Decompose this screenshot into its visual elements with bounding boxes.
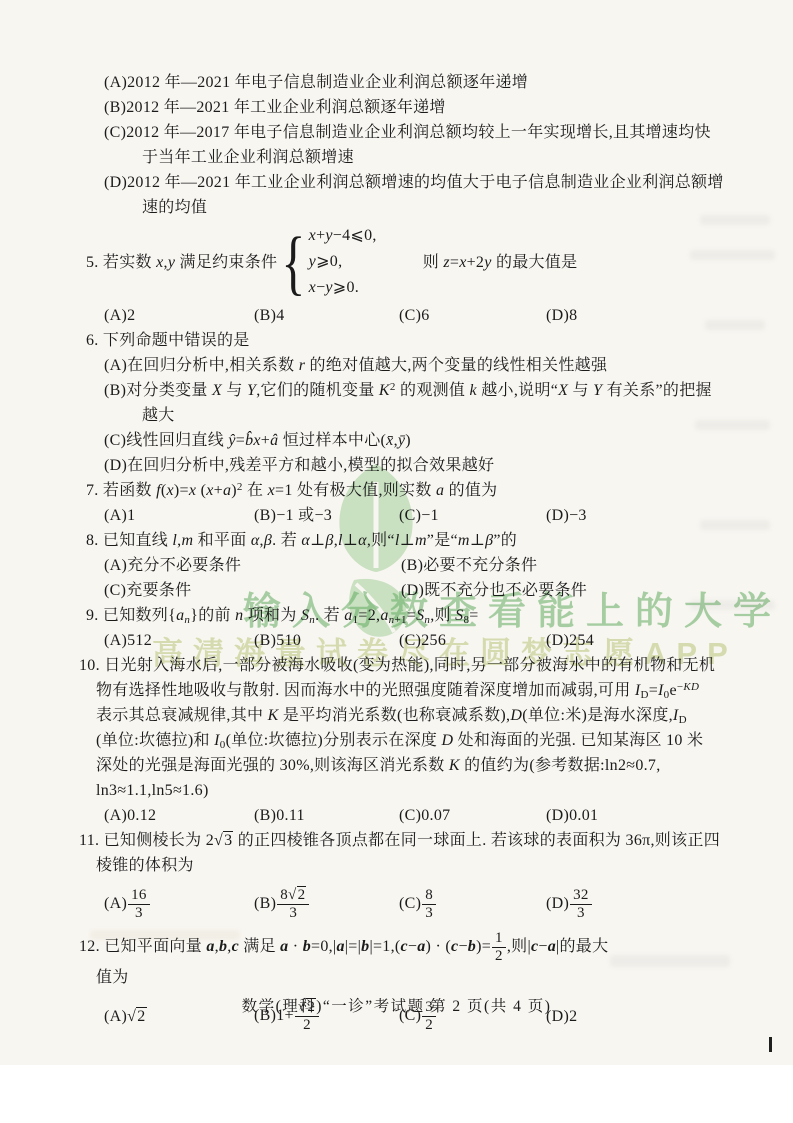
q11-option-b: (B)8√23 [254,887,399,922]
exam-page-scan: 输入分数查看能上的大学 高清海量试卷尽在圆梦志愿APP (A)2012 年—20… [0,0,793,1123]
q4-option-b: (B)2012 年—2021 年工业企业利润总额逐年递增 [104,95,731,120]
q10-stem-line2: 物有选择性地吸收与散射. 因而海水中的光照强度随着深度增加而减弱,可用 ID=I… [96,678,731,703]
q5-constraint-2: y⩾0, [309,249,377,275]
q9-options: (A)512 (B)510 (C)256 (D)254 [104,628,731,653]
q11-option-c: (C)83 [399,887,546,922]
q8-option-c: (C)充要条件 [104,578,401,603]
q12-stem-line2: 值为 [96,965,731,990]
bleedthrough-smudge [700,215,770,225]
q10-stem-line1: 10. 日光射入海水后,一部分被海水吸收(变为热能),同时,另一部分被海水中的有… [79,653,731,678]
q8-options-row1: (A)充分不必要条件 (B)必要不充分条件 [104,553,731,578]
q6-stem: 6. 下列命题中错误的是 [86,328,731,353]
q10-option-b: (B)0.11 [254,803,399,828]
q6-option-b-cont: 越大 [142,403,731,428]
q10-option-a: (A)0.12 [104,803,254,828]
q9-option-c: (C)256 [399,628,546,653]
q5-constraint-3: x−y⩾0. [309,275,377,301]
q7-stem: 7. 若函数 f(x)=x (x+a)2 在 x=1 处有极大值,则实数 a 的… [86,478,731,503]
q8-options-row2: (C)充要条件 (D)既不充分也不必要条件 [104,578,731,603]
q10-stem-line3: 表示其总衰减规律,其中 K 是平均消光系数(也称衰减系数),D(单位:米)是海水… [96,703,731,728]
q5-stem: 5. 若实数 x,y 满足约束条件 { x+y−4⩽0, y⩾0, x−y⩾0.… [86,223,731,301]
q8-option-d: (D)既不充分也不必要条件 [401,578,587,603]
bleedthrough-smudge [610,955,730,967]
q10-option-c: (C)0.07 [399,803,546,828]
q6-option-c: (C)线性回归直线 ŷ=b̂x+â 恒过样本中心(x̄,ȳ) [104,428,731,453]
q4-option-a: (A)2012 年—2021 年电子信息制造业企业利润总额逐年递增 [104,70,731,95]
q9-option-d: (D)254 [546,628,594,653]
q7-option-b: (B)−1 或−3 [254,503,399,528]
q4-option-d-cont: 速的均值 [142,195,731,220]
q4-option-d: (D)2012 年—2021 年工业企业利润总额增速的均值大于电子信息制造业企业… [104,170,731,195]
q10-option-d: (D)0.01 [546,803,598,828]
q5-option-d: (D)8 [546,303,577,328]
q5-constraint-system: x+y−4⩽0, y⩾0, x−y⩾0. [309,223,377,301]
q7-option-c: (C)−1 [399,503,546,528]
q9-stem: 9. 已知数列{an}的前 n 项和为 Sn. 若 a1=2,an+1=Sn,则… [86,603,731,628]
q5-options: (A)2 (B)4 (C)6 (D)8 [104,303,731,328]
bleedthrough-smudge [700,520,770,530]
scan-edge-mark [769,1037,772,1052]
q7-options: (A)1 (B)−1 或−3 (C)−1 (D)−3 [104,503,731,528]
q11-stem-line1: 11. 已知侧棱长为 2√3 的正四棱锥各顶点都在同一球面上. 若该球的表面积为… [79,828,731,853]
q5-option-b: (B)4 [254,303,399,328]
system-brace: { [281,205,305,318]
q5-stem-post: 则 z=x+2y 的最大值是 [423,250,578,275]
q5-stem-pre: 5. 若实数 x,y 满足约束条件 [86,250,277,275]
q10-stem-line4: (单位:坎德拉)和 I0(单位:坎德拉)分别表示在深度 D 处和海面的光强. 已… [96,728,731,753]
q4-option-c-cont: 于当年工业企业利润总额增速 [142,145,731,170]
q11-option-a: (A)163 [104,887,254,922]
q6-option-b: (B)对分类变量 X 与 Y,它们的随机变量 K2 的观测值 k 越小,说明“X… [104,378,731,403]
q9-option-a: (A)512 [104,628,254,653]
q10-stem-line6: ln3≈1.1,ln5≈1.6) [96,778,731,803]
q9-option-b: (B)510 [254,628,399,653]
q8-option-a: (A)充分不必要条件 [104,553,401,578]
bleedthrough-smudge [690,600,775,610]
q6-option-d: (D)在回归分析中,残差平方和越小,模型的拟合效果越好 [104,453,731,478]
bleedthrough-smudge [690,250,775,260]
q10-options: (A)0.12 (B)0.11 (C)0.07 (D)0.01 [104,803,731,828]
q11-options: (A)163 (B)8√23 (C)83 (D)323 [104,878,731,930]
q4-option-c: (C)2012 年—2017 年电子信息制造业企业利润总额均较上一年实现增长,且… [104,120,731,145]
q8-option-b: (B)必要不充分条件 [401,553,537,578]
bleedthrough-smudge [90,930,240,940]
q8-stem: 8. 已知直线 l,m 和平面 α,β. 若 α⊥β,l⊥α,则“l⊥m”是“m… [86,528,731,553]
q5-constraint-1: x+y−4⩽0, [309,223,377,249]
q11-stem-line2: 棱锥的体积为 [96,853,731,878]
q7-option-a: (A)1 [104,503,254,528]
exam-content: (A)2012 年—2021 年电子信息制造业企业利润总额逐年递增 (B)201… [86,70,731,1042]
q5-option-c: (C)6 [399,303,546,328]
q5-option-a: (A)2 [104,303,254,328]
q10-stem-line5: 深处的光强是海面光强的 30%,则该海区消光系数 K 的值约为(参考数据:ln2… [96,753,731,778]
page-footer: 数学(理科)“一诊”考试题 第 2 页(共 4 页) [0,994,793,1016]
bleedthrough-smudge [695,420,770,430]
bleedthrough-smudge [705,320,765,330]
q6-option-a: (A)在回归分析中,相关系数 r 的绝对值越大,两个变量的线性相关性越强 [104,353,731,378]
q7-option-d: (D)−3 [546,503,587,528]
q11-option-d: (D)323 [546,887,593,922]
